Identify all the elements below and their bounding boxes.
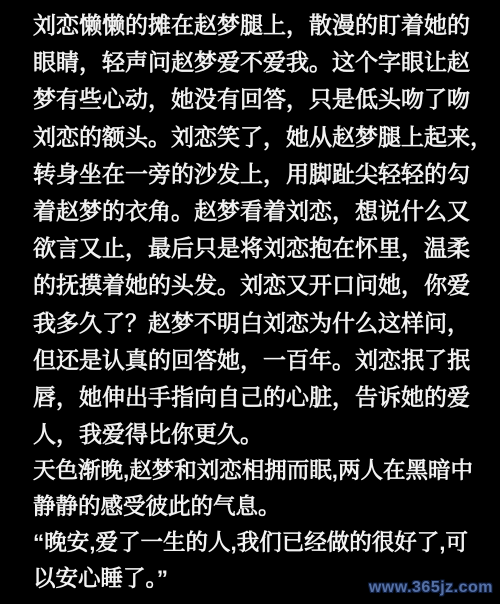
story-paragraph-2: 天色渐晚,赵梦和刘恋相拥而眠,两人在黑暗中 静静的感受彼此的气息。: [33, 453, 495, 525]
story-text-block: 刘恋懒懒的摊在赵梦腿上，散漫的盯着她的 眼睛，轻声问赵梦爱不爱我。这个字眼让赵 …: [33, 7, 495, 597]
site-watermark: www.365jz.com: [369, 579, 493, 597]
story-paragraph-1: 刘恋懒懒的摊在赵梦腿上，散漫的盯着她的 眼睛，轻声问赵梦爱不爱我。这个字眼让赵 …: [33, 7, 495, 453]
